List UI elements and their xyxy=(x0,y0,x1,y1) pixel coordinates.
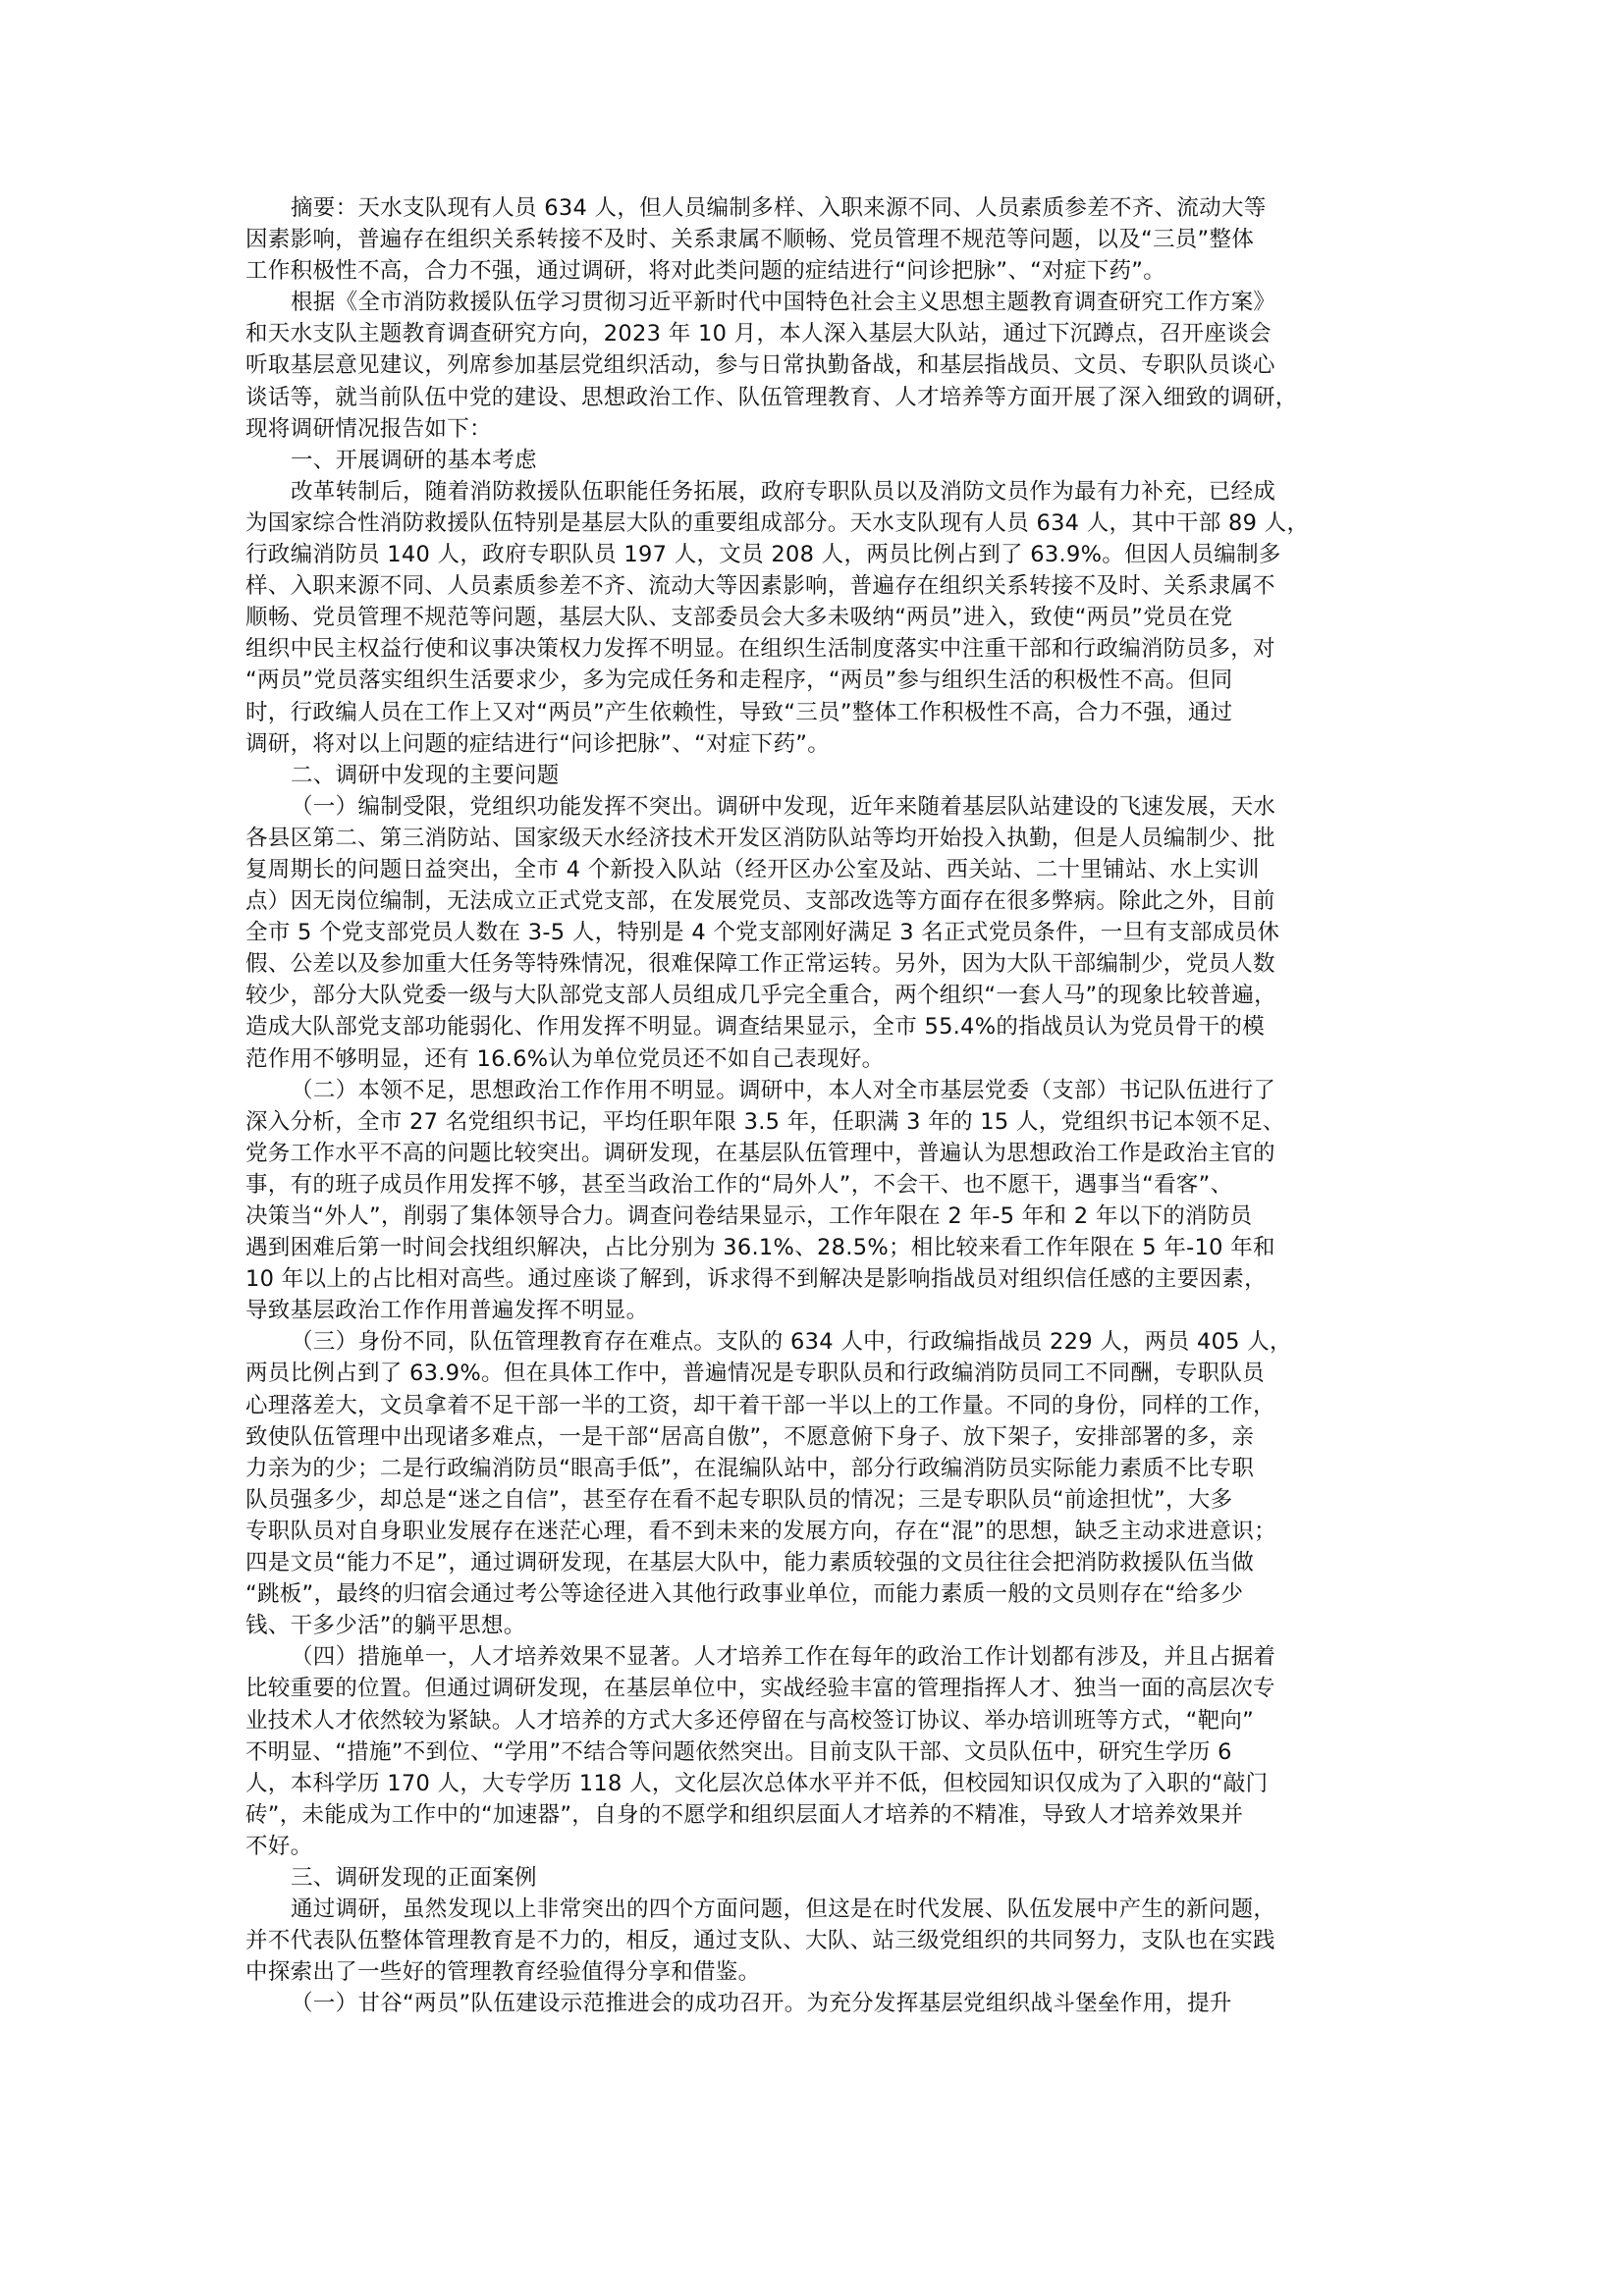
text-line: 时，行政编人员在工作上又对“两员”产生依赖性，导致“三员”整体工作积极性不高，合… xyxy=(245,697,1384,728)
text-line: 复周期长的问题日益突出，全市 4 个新投入队站（经开区办公室及站、西关站、二十里… xyxy=(245,854,1384,885)
text-line: 致使队伍管理中出现诸多难点，一是干部“居高自傲”，不愿意俯下身子、放下架子，安排… xyxy=(245,1421,1384,1453)
section-heading: 二、调研中发现的主要问题 xyxy=(245,760,1384,791)
body-paragraph: （三）身份不同，队伍管理教育存在难点。支队的 634 人中，行政编指战员 229… xyxy=(245,1326,1384,1641)
text-line: 和天水支队主题教育调查研究方向，2023 年 10 月，本人深入基层大队站，通过… xyxy=(245,318,1384,349)
text-line: 范作用不够明显，还有 16.6%认为单位党员还不如自己表现好。 xyxy=(245,1043,1384,1075)
text-line: 谈话等，就当前队伍中党的建设、思想政治工作、队伍管理教育、人才培养等方面开展了深… xyxy=(245,382,1384,413)
body-paragraph: 根据《全市消防救援队伍学习贯彻习近平新时代中国特色社会主义思想主题教育调查研究工… xyxy=(245,287,1384,444)
text-line: 组织中民主权益行使和议事决策权力发挥不明显。在组织生活制度落实中注重干部和行政编… xyxy=(245,633,1384,665)
text-line: 遇到困难后第一时间会找组织解决，占比分别为 36.1%、28.5%；相比较来看工… xyxy=(245,1232,1384,1263)
text-line: 较少，部分大队党委一级与大队部党支部人员组成几乎完全重合，两个组织“一套人马”的… xyxy=(245,980,1384,1011)
body-paragraph: （一）编制受限，党组织功能发挥不突出。调研中发现，近年来随着基层队站建设的飞速发… xyxy=(245,791,1384,1075)
text-line: 全市 5 个党支部党员人数在 3-5 人，特别是 4 个党支部刚好满足 3 名正… xyxy=(245,917,1384,948)
text-line: 改革转制后，随着消防救援队伍职能任务拓展，政府专职队员以及消防文员作为最有力补充… xyxy=(245,476,1384,507)
text-line: “跳板”，最终的归宿会通过考公等途径进入其他行政事业单位，而能力素质一般的文员则… xyxy=(245,1578,1384,1610)
text-line: 工作积极性不高，合力不强，通过调研，将对此类问题的症结进行“问诊把脉”、“对症下… xyxy=(245,255,1384,287)
text-line: 人，本科学历 170 人，大专学历 118 人，文化层次总体水平并不低，但校园知… xyxy=(245,1768,1384,1799)
text-line: 点）因无岗位编制，无法成立正式党支部，在发展党员、支部改选等方面存在很多弊病。除… xyxy=(245,885,1384,917)
text-line: （二）本领不足，思想政治工作作用不明显。调研中，本人对全市基层党委（支部）书记队… xyxy=(245,1075,1384,1106)
text-line: 党务工作水平不高的问题比较突出。调研发现，在基层队伍管理中，普遍认为思想政治工作… xyxy=(245,1138,1384,1169)
text-line: 因素影响，普遍存在组织关系转接不及时、关系隶属不顺畅、党员管理不规范等问题，以及… xyxy=(245,224,1384,255)
section-heading: 三、调研发现的正面案例 xyxy=(245,1862,1384,1894)
text-line: 造成大队部党支部功能弱化、作用发挥不明显。调查结果显示，全市 55.4%的指战员… xyxy=(245,1011,1384,1042)
text-line: 深入分析，全市 27 名党组织书记，平均任职年限 3.5 年，任职满 3 年的 … xyxy=(245,1106,1384,1138)
section-heading: 一、开展调研的基本考虑 xyxy=(245,445,1384,476)
text-line: 根据《全市消防救援队伍学习贯彻习近平新时代中国特色社会主义思想主题教育调查研究工… xyxy=(245,287,1384,318)
text-line: 通过调研，虽然发现以上非常突出的四个方面问题，但这是在时代发展、队伍发展中产生的… xyxy=(245,1894,1384,1925)
document-page: 摘要：天水支队现有人员 634 人，但人员编制多样、入职来源不同、人员素质参差不… xyxy=(245,192,1384,2019)
text-line: 钱、干多少活”的躺平思想。 xyxy=(245,1610,1384,1641)
text-line: 顺畅、党员管理不规范等问题，基层大队、支部委员会大多未吸纳“两员”进入，致使“两… xyxy=(245,602,1384,633)
text-line: 摘要：天水支队现有人员 634 人，但人员编制多样、入职来源不同、人员素质参差不… xyxy=(245,192,1384,224)
text-line: 两员比例占到了 63.9%。但在具体工作中，普遍情况是专职队员和行政编消防员同工… xyxy=(245,1358,1384,1389)
text-line: 二、调研中发现的主要问题 xyxy=(245,760,1384,791)
text-line: 事，有的班子成员作用发挥不够，甚至当政治工作的“局外人”，不会干、也不愿干，遇事… xyxy=(245,1169,1384,1201)
text-line: 砖”，未能成为工作中的“加速器”，自身的不愿学和组织层面人才培养的不精准，导致人… xyxy=(245,1799,1384,1831)
abstract-paragraph: 摘要：天水支队现有人员 634 人，但人员编制多样、入职来源不同、人员素质参差不… xyxy=(245,192,1384,287)
text-line: 不明显、“措施”不到位、“学用”不结合等问题依然突出。目前支队干部、文员队伍中，… xyxy=(245,1736,1384,1768)
body-paragraph: （二）本领不足，思想政治工作作用不明显。调研中，本人对全市基层党委（支部）书记队… xyxy=(245,1075,1384,1327)
text-line: （四）措施单一，人才培养效果不显著。人才培养工作在每年的政治工作计划都有涉及，并… xyxy=(245,1641,1384,1673)
body-paragraph: 通过调研，虽然发现以上非常突出的四个方面问题，但这是在时代发展、队伍发展中产生的… xyxy=(245,1894,1384,1988)
text-line: 心理落差大，文员拿着不足干部一半的工资，却干着干部一半以上的工作量。不同的身份，… xyxy=(245,1390,1384,1421)
text-line: 四是文员“能力不足”，通过调研发现，在基层大队中，能力素质较强的文员往往会把消防… xyxy=(245,1547,1384,1578)
text-line: 比较重要的位置。但通过调研发现，在基层单位中，实战经验丰富的管理指挥人才、独当一… xyxy=(245,1673,1384,1704)
text-line: 专职队员对自身职业发展存在迷茫心理，看不到未来的发展方向，存在“混”的思想，缺乏… xyxy=(245,1516,1384,1547)
text-line: 力亲为的少；二是行政编消防员“眼高手低”，在混编队站中，部分行政编消防员实际能力… xyxy=(245,1453,1384,1484)
text-line: （三）身份不同，队伍管理教育存在难点。支队的 634 人中，行政编指战员 229… xyxy=(245,1326,1384,1358)
text-line: 一、开展调研的基本考虑 xyxy=(245,445,1384,476)
text-line: 导致基层政治工作作用普遍发挥不明显。 xyxy=(245,1295,1384,1326)
text-line: 为国家综合性消防救援队伍特别是基层大队的重要组成部分。天水支队现有人员 634 … xyxy=(245,507,1384,539)
text-line: “两员”党员落实组织生活要求少，多为完成任务和走程序，“两员”参与组织生活的积极… xyxy=(245,665,1384,696)
text-line: 各县区第二、第三消防站、国家级天水经济技术开发区消防队站等均开始投入执勤，但是人… xyxy=(245,823,1384,854)
text-line: 假、公差以及参加重大任务等特殊情况，很难保障工作正常运转。另外，因为大队干部编制… xyxy=(245,948,1384,980)
text-line: 现将调研情况报告如下： xyxy=(245,413,1384,445)
text-line: 样、入职来源不同、人员素质参差不齐、流动大等因素影响，普遍存在组织关系转接不及时… xyxy=(245,570,1384,602)
text-line: 三、调研发现的正面案例 xyxy=(245,1862,1384,1894)
text-line: 行政编消防员 140 人，政府专职队员 197 人，文员 208 人，两员比例占… xyxy=(245,539,1384,570)
text-line: 调研，将对以上问题的症结进行“问诊把脉”、“对症下药”。 xyxy=(245,728,1384,760)
body-paragraph: （四）措施单一，人才培养效果不显著。人才培养工作在每年的政治工作计划都有涉及，并… xyxy=(245,1641,1384,1862)
text-line: （一）甘谷“两员”队伍建设示范推进会的成功召开。为充分发挥基层党组织战斗堡垒作用… xyxy=(245,1988,1384,2019)
text-line: 不好。 xyxy=(245,1831,1384,1862)
text-line: 中探索出了一些好的管理教育经验值得分享和借鉴。 xyxy=(245,1956,1384,1988)
text-line: 10 年以上的占比相对高些。通过座谈了解到，诉求得不到解决是影响指战员对组织信任… xyxy=(245,1263,1384,1295)
text-line: 听取基层意见建议，列席参加基层党组织活动，参与日常执勤备战，和基层指战员、文员、… xyxy=(245,349,1384,381)
body-paragraph: 改革转制后，随着消防救援队伍职能任务拓展，政府专职队员以及消防文员作为最有力补充… xyxy=(245,476,1384,760)
text-line: 决策当“外人”，削弱了集体领导合力。调查问卷结果显示，工作年限在 2 年-5 年… xyxy=(245,1201,1384,1232)
text-line: 并不代表队伍整体管理教育是不力的，相反，通过支队、大队、站三级党组织的共同努力，… xyxy=(245,1925,1384,1956)
text-line: （一）编制受限，党组织功能发挥不突出。调研中发现，近年来随着基层队站建设的飞速发… xyxy=(245,791,1384,823)
text-line: 队员强多少，却总是“迷之自信”，甚至存在看不起专职队员的情况；三是专职队员“前途… xyxy=(245,1484,1384,1516)
body-paragraph: （一）甘谷“两员”队伍建设示范推进会的成功召开。为充分发挥基层党组织战斗堡垒作用… xyxy=(245,1988,1384,2019)
text-line: 业技术人才依然较为紧缺。人才培养的方式大多还停留在与高校签订协议、举办培训班等方… xyxy=(245,1705,1384,1736)
